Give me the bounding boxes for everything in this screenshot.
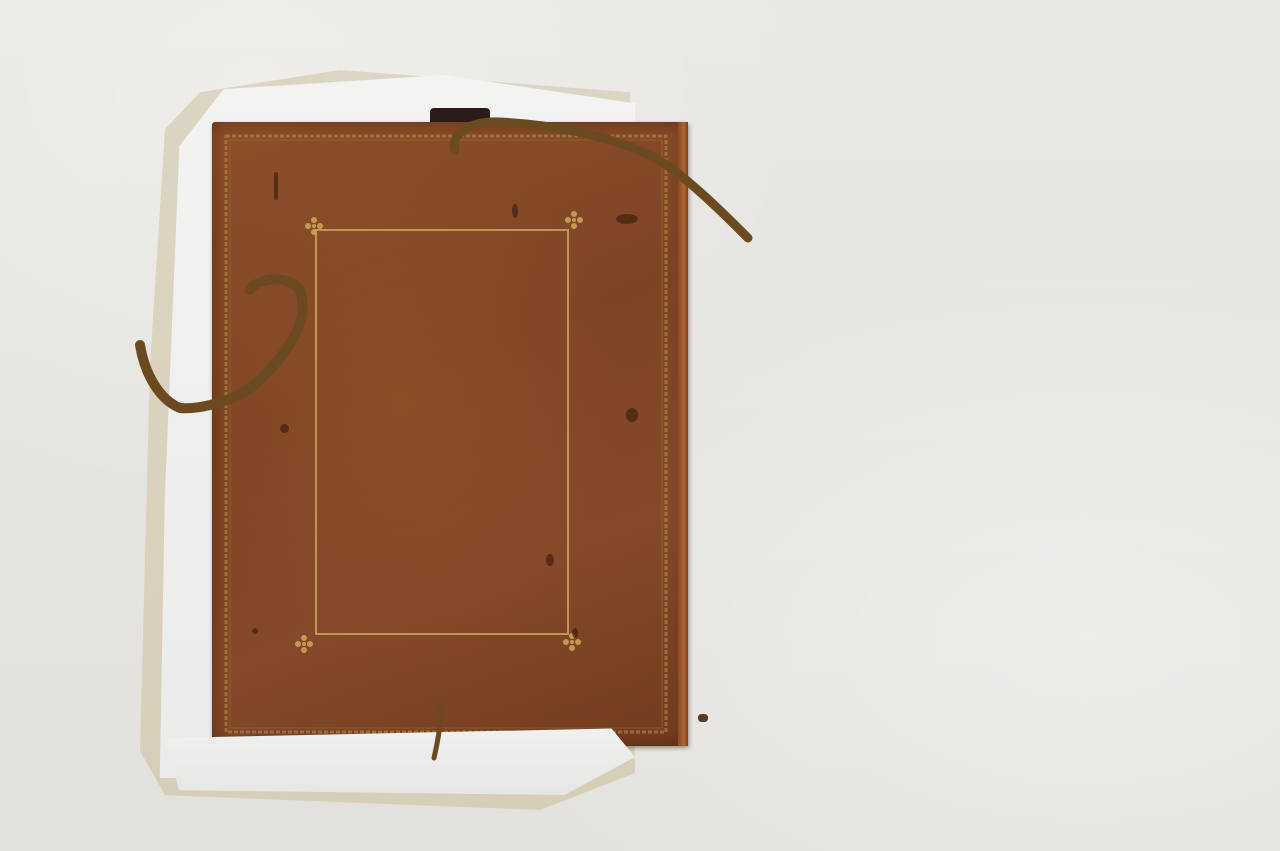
stain-mark [616,214,638,224]
leather-portfolio [212,122,688,746]
stain-mark [546,554,554,566]
debris-fragment [698,714,708,722]
stain-mark [572,628,578,638]
stain-mark [626,408,638,422]
stain-mark [512,204,518,218]
stain-mark [280,424,289,433]
stain-mark [252,628,258,634]
stain-mark [274,172,278,200]
